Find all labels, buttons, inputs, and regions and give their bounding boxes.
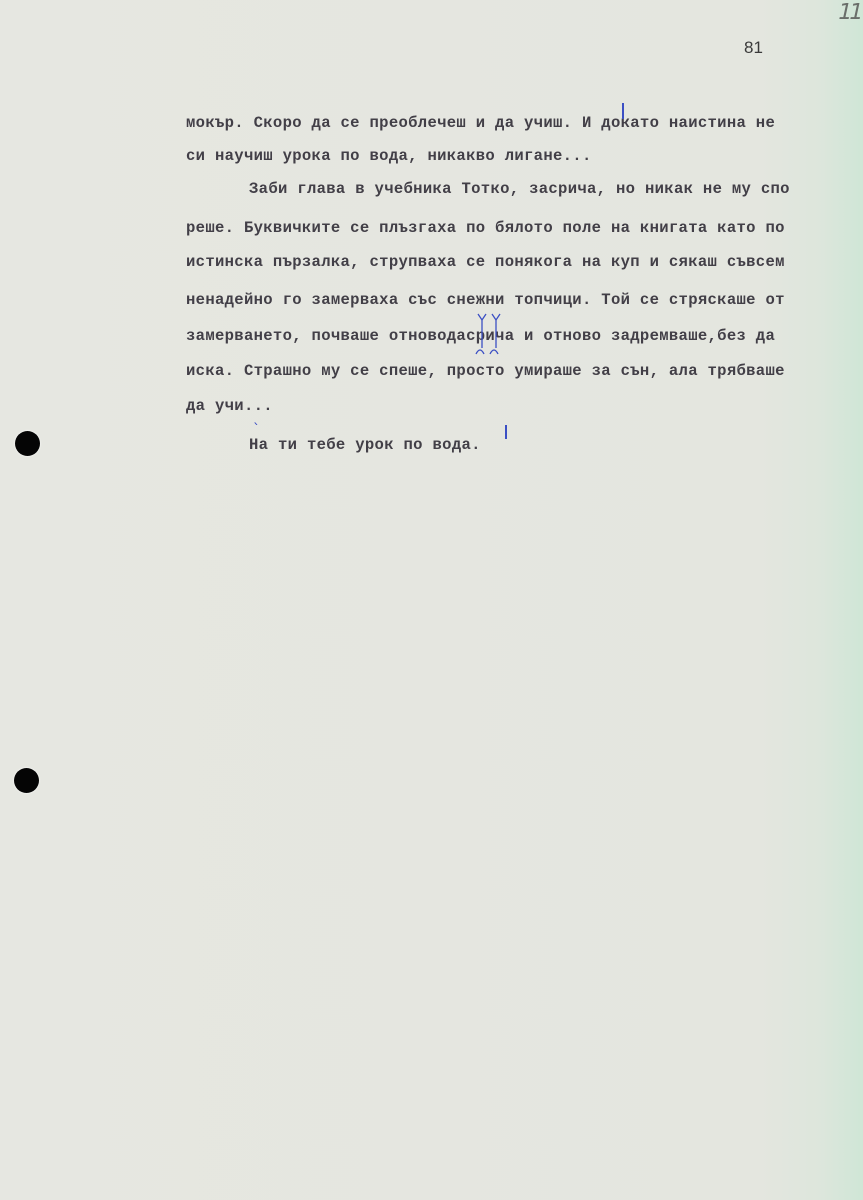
text-line: си научиш урока по вода, никакво лигане.… (186, 147, 592, 165)
exclamation-mark-annotation (622, 103, 624, 119)
punch-hole-top (15, 431, 40, 456)
text-line: мокър. Скоро да се преоблечеш и да учиш.… (186, 114, 775, 132)
text-line: ненадейно го замерваха със снежни топчиц… (186, 291, 785, 309)
text-line: иска. Страшно му се спеше, просто умираш… (186, 362, 785, 380)
text-line: истинска пързалка, струпваха се понякога… (186, 253, 785, 271)
text-line: реше. Буквичките се плъзгаха по бялото п… (186, 219, 785, 237)
archive-mark: 11 (835, 0, 862, 25)
text-line: На ти тебе урок по вода. (249, 436, 481, 454)
page-number: 81 (744, 38, 763, 58)
accent-mark-annotation: ` (253, 422, 260, 438)
word-separation-marks (470, 312, 520, 362)
text-line: да учи... (186, 397, 273, 415)
text-line: Заби глава в учебника Тотко, засрича, но… (249, 180, 790, 198)
exclamation-mark-annotation (505, 425, 507, 439)
punch-hole-bottom (14, 768, 39, 793)
